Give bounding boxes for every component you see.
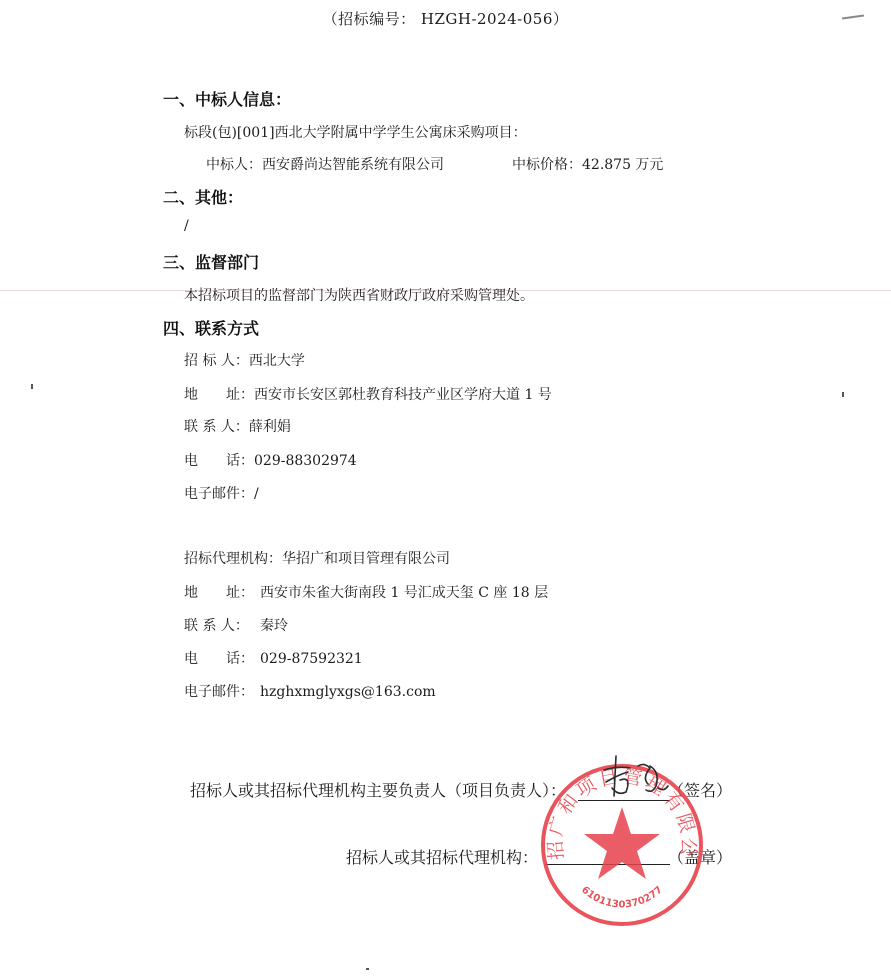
price-value: 42.875 万元 xyxy=(582,157,663,173)
stamp-code: 6101130370277 xyxy=(579,885,665,911)
tenderer-address-value: 西安市长安区郭杜教育科技产业区学府大道 1 号 xyxy=(254,387,552,403)
price-label: 中标价格： xyxy=(512,157,582,173)
other-content: / xyxy=(184,218,189,234)
winner-label: 中标人： xyxy=(206,157,262,173)
agency-phone-value: 029-87592321 xyxy=(260,651,363,667)
agency-phone-label-1: 电 xyxy=(184,648,226,668)
tenderer-phone-label-2: 话： xyxy=(226,453,254,469)
winner-row: 中标人：西安爵尚达智能系统有限公司 xyxy=(206,154,444,174)
tenderer-address-row: 地址：西安市长安区郭杜教育科技产业区学府大道 1 号 xyxy=(184,384,552,404)
agency-name-label: 招标代理机构： xyxy=(184,551,282,567)
price-row: 中标价格：42.875 万元 xyxy=(512,154,663,174)
tenderer-phone-row: 电话：029-88302974 xyxy=(184,450,357,470)
section-title-other: 二、其他： xyxy=(163,185,243,208)
tenderer-address-label-2: 址： xyxy=(226,387,254,403)
lot-line: 标段(包)[001]西北大学附属中学学生公寓床采购项目： xyxy=(184,122,527,142)
agency-email-value: hzghxmglyxgs@163.com xyxy=(260,684,436,700)
agency-address-value: 西安市朱雀大街南段 1 号汇成天玺 C 座 18 层 xyxy=(260,585,548,601)
agency-contact-value: 秦玲 xyxy=(260,618,288,634)
responsible-signature-label: 招标人或其招标代理机构主要负责人（项目负责人）： xyxy=(190,778,566,801)
tenderer-phone-label-1: 电 xyxy=(184,450,226,470)
svg-text:6101130370277: 6101130370277 xyxy=(579,885,665,911)
tenderer-email-label: 电子邮件： xyxy=(184,486,254,502)
agency-phone-row: 电话：029-87592321 xyxy=(184,648,363,668)
bid-number: （招标编号： HZGH-2024-056） xyxy=(0,8,891,29)
tenderer-address-label-1: 地 xyxy=(184,384,226,404)
org-seal-label: 招标人或其招标代理机构： xyxy=(346,845,538,868)
scan-speck xyxy=(366,968,369,970)
tenderer-contact-value: 薛利娟 xyxy=(249,419,291,435)
handwritten-signature xyxy=(598,752,673,802)
agency-phone-label-2: 话： xyxy=(226,648,260,668)
agency-name-value: 华招广和项目管理有限公司 xyxy=(282,551,450,567)
agency-address-row: 地址：西安市朱雀大街南段 1 号汇成天玺 C 座 18 层 xyxy=(184,582,548,602)
star-icon xyxy=(584,807,660,879)
agency-email-row: 电子邮件：hzghxmglyxgs@163.com xyxy=(184,681,436,701)
tenderer-contact-row: 联 系 人：薛利娟 xyxy=(184,416,291,436)
agency-contact-row: 联 系 人：秦玲 xyxy=(184,615,288,635)
tenderer-name-value: 西北大学 xyxy=(249,353,305,369)
agency-contact-label: 联 系 人： xyxy=(184,615,260,635)
tenderer-name-label: 招 标 人： xyxy=(184,353,249,369)
section-title-supervision: 三、监督部门 xyxy=(163,250,259,273)
scan-speck xyxy=(842,392,844,397)
section-title-winner-info: 一、中标人信息： xyxy=(163,87,291,110)
document-page: （招标编号： HZGH-2024-056） 一、中标人信息： 标段(包)[001… xyxy=(0,0,891,979)
supervision-content: 本招标项目的监督部门为陕西省财政厅政府采购管理处。 xyxy=(184,285,534,305)
scan-speck xyxy=(31,384,33,389)
tenderer-email-value: / xyxy=(254,486,259,502)
tenderer-phone-value: 029-88302974 xyxy=(254,453,357,469)
section-title-contact: 四、联系方式 xyxy=(163,316,259,339)
agency-address-label-1: 地 xyxy=(184,582,226,602)
tenderer-name-row: 招 标 人：西北大学 xyxy=(184,350,305,370)
tenderer-email-row: 电子邮件：/ xyxy=(184,483,259,503)
agency-email-label: 电子邮件： xyxy=(184,681,260,701)
agency-address-label-2: 址： xyxy=(226,582,260,602)
winner-name: 西安爵尚达智能系统有限公司 xyxy=(262,157,444,173)
tenderer-contact-label: 联 系 人： xyxy=(184,419,249,435)
agency-name-row: 招标代理机构：华招广和项目管理有限公司 xyxy=(184,548,450,568)
